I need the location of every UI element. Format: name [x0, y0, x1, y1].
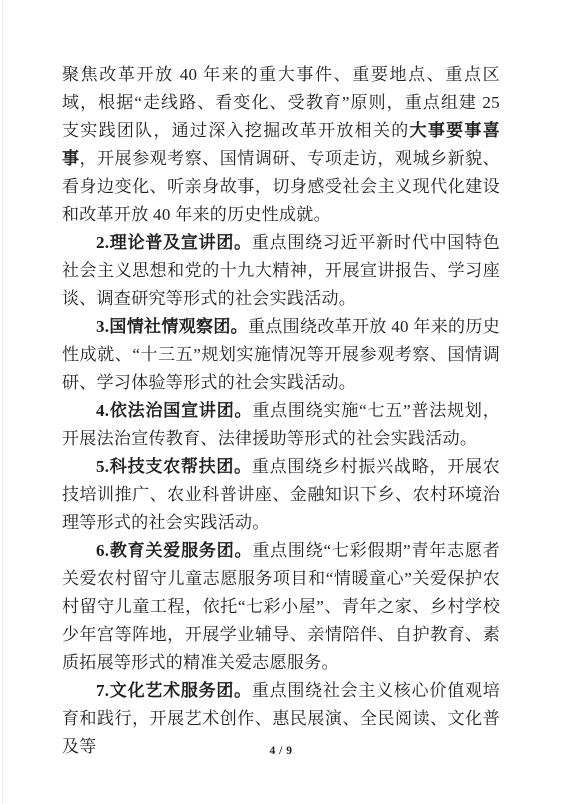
paragraph: 6.教育关爱服务团。重点围绕“七彩假期”青年志愿者关爱农村留守儿童志愿服务项目和… [62, 537, 500, 677]
paragraph: 3.国情社情观察团。重点围绕改革开放 40 年来的历史性成就、“十三五”规划实施… [62, 313, 500, 397]
page-edge-line [2, 0, 3, 804]
paragraph: 5.科技支农帮扶团。重点围绕乡村振兴战略，开展农技培训推广、农业科普讲座、金融知… [62, 453, 500, 537]
paragraph-heading-text: 2.理论普及宣讲团。 [96, 233, 252, 252]
paragraph-heading-text: 6.教育关爱服务团。 [96, 541, 252, 560]
paragraph-heading-text: 7.文化艺术服务团。 [96, 681, 252, 700]
paragraph-text: 重点围绕“七彩假期”青年志愿者关爱农村留守儿童志愿服务项目和“情暖童心”关爱保护… [62, 541, 500, 672]
paragraph-heading-text: 4.依法治国宣讲团。 [96, 401, 252, 420]
paragraph: 2.理论普及宣讲团。重点围绕习近平新时代中国特色社会主义思想和党的十九大精神，开… [62, 229, 500, 313]
page-number: 4 / 9 [0, 745, 562, 757]
paragraph-text: ，开展参观考察、国情调研、专项走访，观城乡新貌、看身边变化、听亲身故事，切身感受… [62, 149, 500, 224]
paragraph: 聚焦改革开放 40 年来的重大事件、重要地点、重点区域，根据“走线路、看变化、受… [62, 61, 500, 229]
paragraph: 4.依法治国宣讲团。重点围绕实施“七五”普法规划，开展法治宣传教育、法律援助等形… [62, 397, 500, 453]
paragraph-heading-text: 3.国情社情观察团。 [96, 317, 248, 336]
paragraph-heading-text: 5.科技支农帮扶团。 [96, 457, 252, 476]
document-body: 聚焦改革开放 40 年来的重大事件、重要地点、重点区域，根据“走线路、看变化、受… [62, 61, 500, 761]
document-page: 聚焦改革开放 40 年来的重大事件、重要地点、重点区域，根据“走线路、看变化、受… [0, 0, 562, 804]
